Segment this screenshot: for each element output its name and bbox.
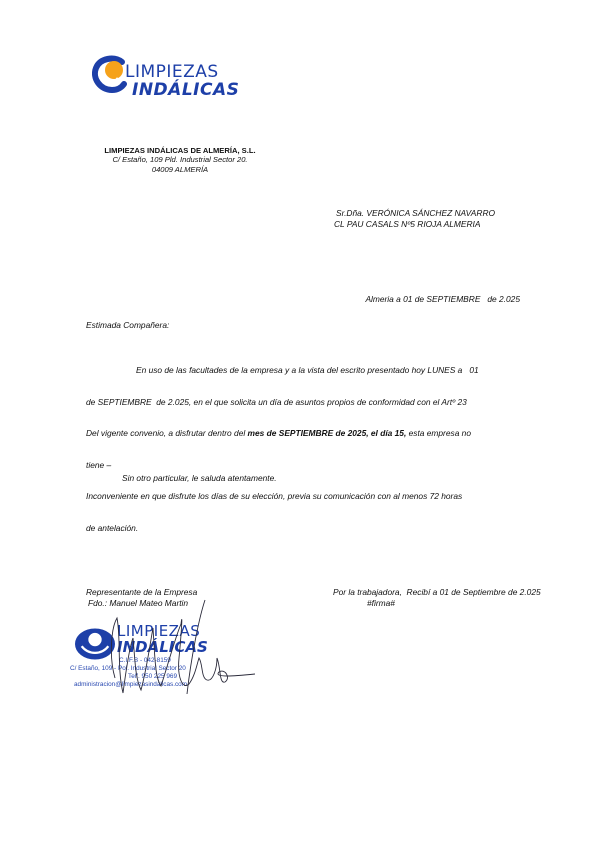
- company-role: Representante de la Empresa: [86, 587, 197, 598]
- company-header: LIMPIEZAS INDÁLICAS DE ALMERÍA, S.L. C/ …: [70, 146, 290, 174]
- recipient-block: Sr.Dña. VERÓNICA SÁNCHEZ NAVARRO CL PAU …: [334, 208, 495, 229]
- body-line-1: En uso de las facultades de la empresa y…: [86, 365, 526, 376]
- body-highlight-date: mes de SEPTIEMBRE de 2025, el día 15,: [248, 428, 407, 438]
- logo-text-line1: LIMPIEZAS: [125, 62, 219, 82]
- company-name: LIMPIEZAS INDÁLICAS DE ALMERÍA, S.L.: [70, 146, 290, 155]
- body-line-4: tiene –: [86, 460, 526, 471]
- greeting: Estimada Compañera:: [86, 320, 169, 331]
- worker-signature-placeholder: #firma#: [333, 598, 541, 609]
- company-address: C/ Estaño, 109 Pld. Industrial Sector 20…: [70, 155, 290, 164]
- body-line-3-end: esta empresa no: [406, 428, 471, 438]
- closing: Sin otro particular, le saluda atentamen…: [122, 473, 277, 484]
- body-line-3-text: Del vigente convenio, a disfrutar dentro…: [86, 428, 248, 438]
- worker-receipt-line: Por la trabajadora, Recibí a 01 de Septi…: [333, 587, 541, 598]
- company-logo: LIMPIEZAS INDÁLICAS: [92, 52, 242, 104]
- handwritten-signature: [95, 598, 255, 698]
- body-line-6: de antelación.: [86, 523, 526, 534]
- body-line-5: Inconveniente en que disfrute los días d…: [86, 491, 526, 502]
- body-line-3: Del vigente convenio, a disfrutar dentro…: [86, 428, 526, 439]
- body-line-2: de SEPTIEMBRE de 2.025, en el que solici…: [86, 397, 526, 408]
- logo-text-line2: INDÁLICAS: [132, 80, 239, 100]
- worker-signature-block: Por la trabajadora, Recibí a 01 de Septi…: [333, 587, 541, 608]
- date-line: Almeria a 01 de SEPTIEMBRE de 2.025: [340, 294, 520, 305]
- letter-body: En uso de las facultades de la empresa y…: [86, 344, 526, 544]
- company-city: 04009 ALMERÍA: [70, 165, 290, 174]
- recipient-name: Sr.Dña. VERÓNICA SÁNCHEZ NAVARRO: [334, 208, 495, 219]
- recipient-address: CL PAU CASALS Nº5 RIOJA ALMERIA: [334, 219, 495, 230]
